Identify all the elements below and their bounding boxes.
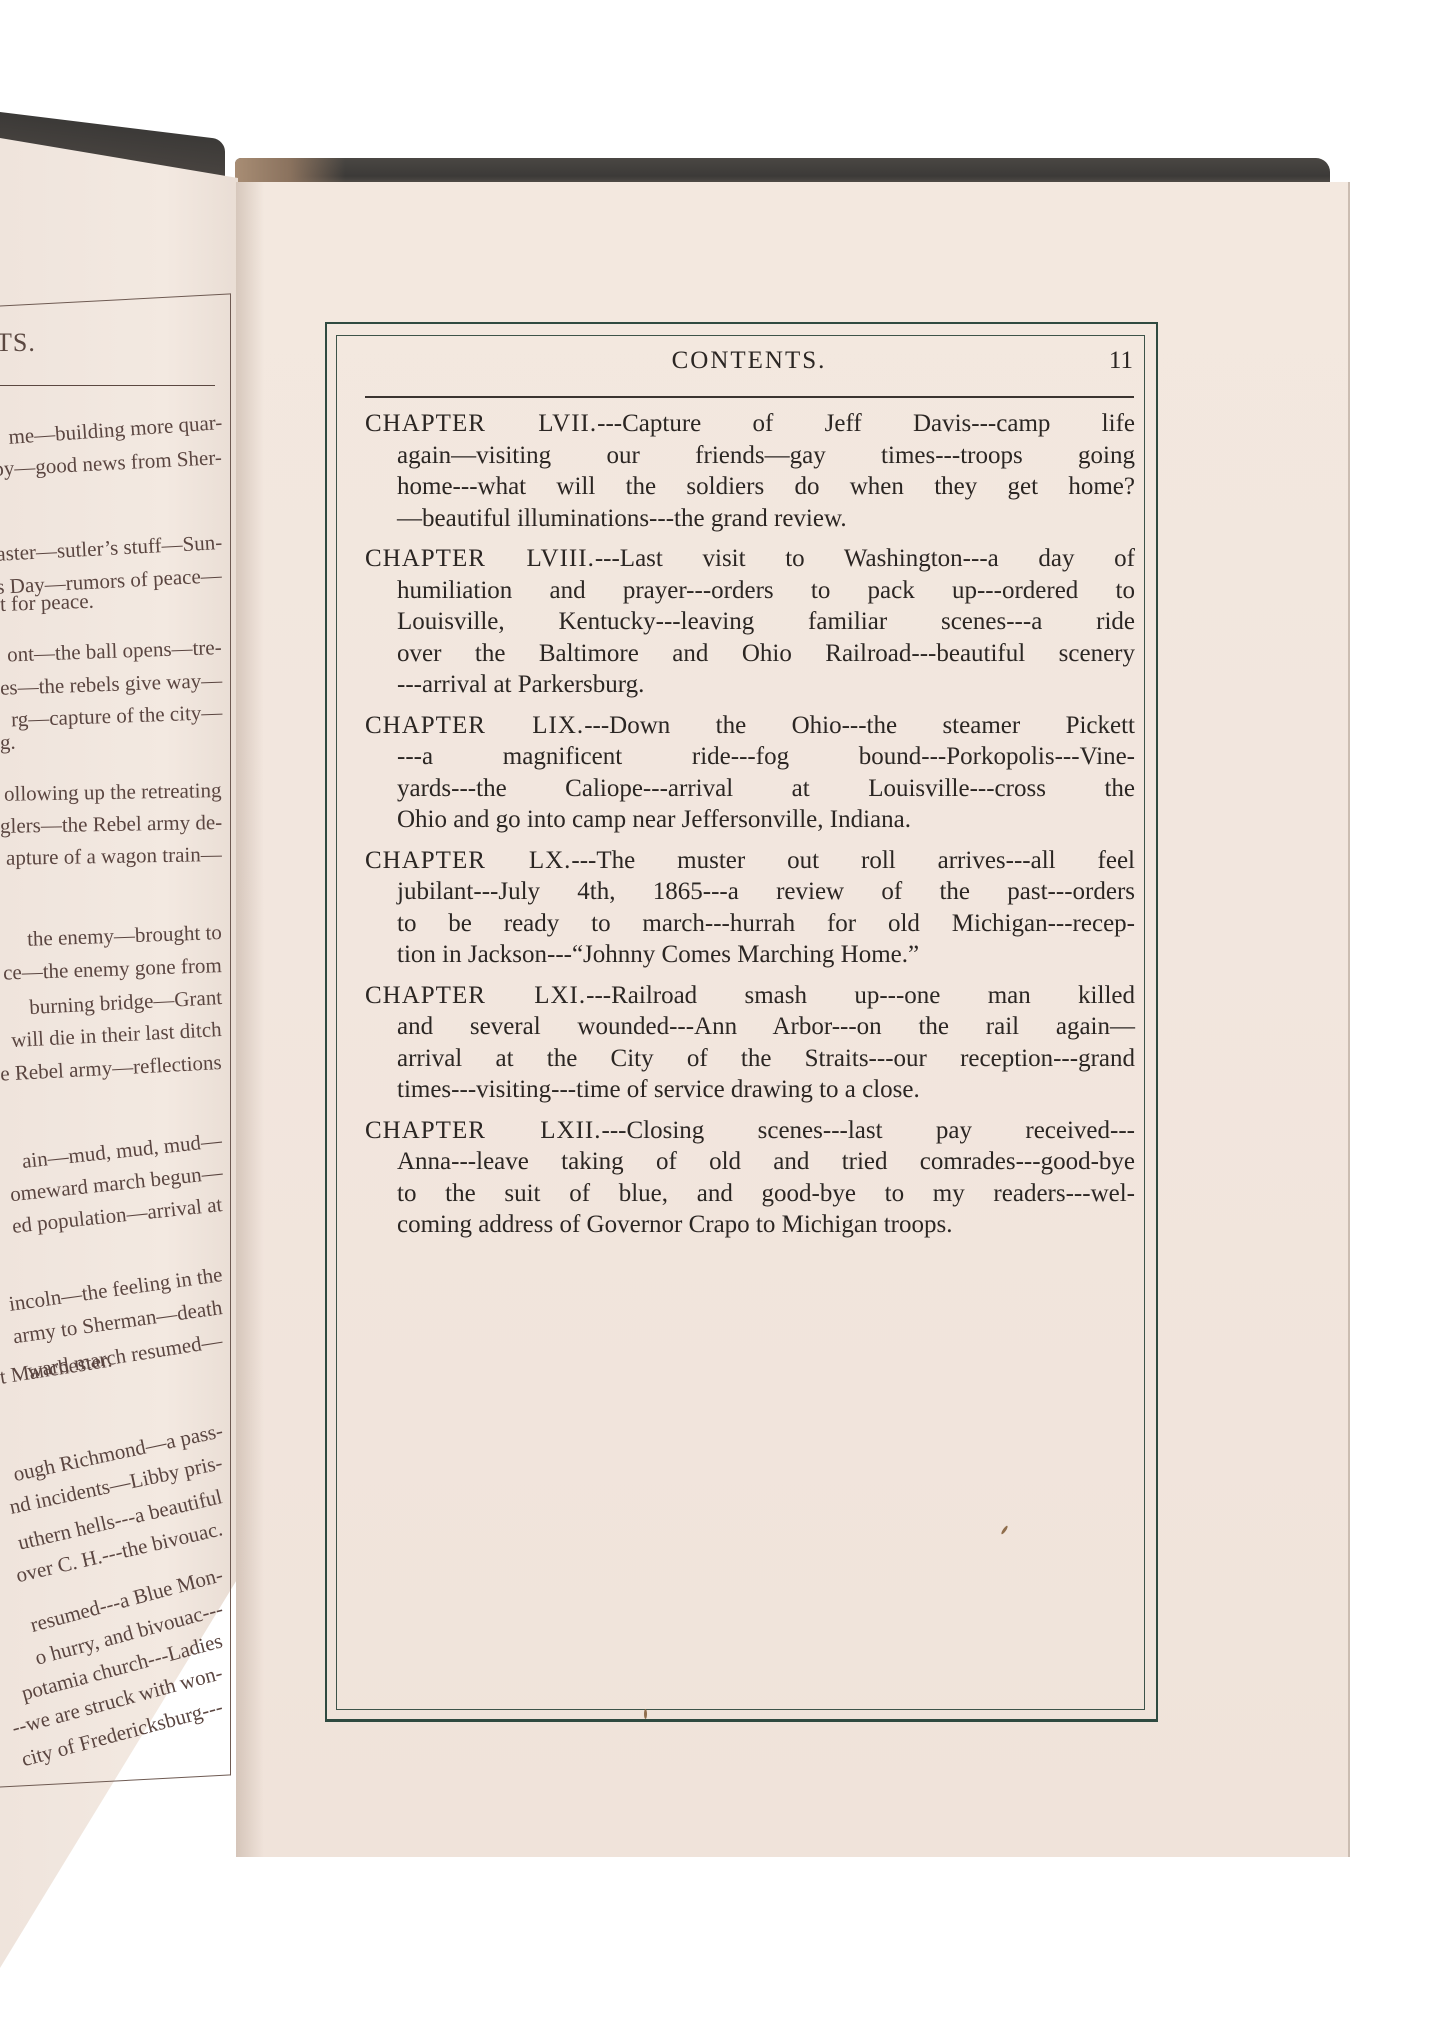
toc-entry: CHAPTER LXI.---Railroad smash up---one m… (365, 980, 1135, 1106)
toc-line: to the suit of blue, and good-bye to my … (365, 1178, 1135, 1210)
toc-line: ---a magnificent ride---fog bound---Pork… (365, 741, 1135, 773)
chapter-label: CHAPTER LXI. (365, 982, 586, 1009)
toc-line: Louisville, Kentucky---leaving familiar … (365, 606, 1135, 638)
chapter-summary-text: ---arrival at Parkersburg. (397, 671, 644, 698)
toc-line: again—visiting our friends—gay times---t… (365, 440, 1135, 472)
chapter-label: CHAPTER LX. (365, 847, 571, 874)
left-running-head: TS. (0, 328, 36, 358)
chapter-summary-text: arrival at the City of the Straits---our… (397, 1045, 1135, 1072)
chapter-summary-text: coming address of Governor Crapo to Mich… (397, 1211, 952, 1238)
left-head-rule (0, 385, 215, 386)
book-cover-right-edge (235, 158, 1330, 184)
chapter-summary-text: Ohio and go into camp near Jeffersonvill… (397, 806, 911, 833)
chapter-label: CHAPTER LIX. (365, 712, 584, 739)
toc-line: Ohio and go into camp near Jeffersonvill… (365, 804, 1135, 836)
chapter-summary-text: over the Baltimore and Ohio Railroad---b… (397, 640, 1135, 667)
paper-foxing-spot (644, 1709, 647, 1719)
chapter-summary-text: tion in Jackson---“Johnny Comes Marching… (397, 941, 919, 968)
toc-entry: CHAPTER LX.---The muster out roll arrive… (365, 845, 1135, 971)
chapter-label: CHAPTER LVII. (365, 410, 597, 437)
toc-line: CHAPTER LXII.---Closing scenes---last pa… (365, 1115, 1135, 1147)
chapter-label: CHAPTER LVIII. (365, 545, 595, 572)
chapter-summary-text: home---what will the soldiers do when th… (397, 473, 1135, 500)
chapter-summary-text: to be ready to march---hurrah for old Mi… (397, 910, 1135, 937)
chapter-summary-text: Louisville, Kentucky---leaving familiar … (397, 608, 1135, 635)
chapter-summary-text: ---a magnificent ride---fog bound---Pork… (397, 743, 1135, 770)
left-page-line: g. (0, 730, 16, 755)
table-of-contents: CHAPTER LVII.---Capture of Jeff Davis---… (365, 408, 1135, 1250)
running-head: CONTENTS. 11 (365, 347, 1133, 387)
toc-line: CHAPTER LVII.---Capture of Jeff Davis---… (365, 408, 1135, 440)
toc-line: CHAPTER LX.---The muster out roll arrive… (365, 845, 1135, 877)
chapter-summary-text: to the suit of blue, and good-bye to my … (397, 1180, 1135, 1207)
toc-line: and several wounded---Ann Arbor---on the… (365, 1011, 1135, 1043)
toc-line: —beautiful illuminations---the grand rev… (365, 503, 1135, 535)
running-head-title: CONTENTS. (365, 347, 1133, 375)
worn-cover-corner (235, 158, 345, 184)
toc-line: Anna---leave taking of old and tried com… (365, 1146, 1135, 1178)
gutter-shadow (236, 182, 264, 1857)
toc-entry: CHAPTER LXII.---Closing scenes---last pa… (365, 1115, 1135, 1241)
toc-entry: CHAPTER LVIII.---Last visit to Washingto… (365, 543, 1135, 701)
chapter-summary-text: times---visiting---time of service drawi… (397, 1076, 920, 1103)
toc-line: jubilant---July 4th, 1865---a review of … (365, 876, 1135, 908)
chapter-summary-text: ---The muster out roll arrives---all fee… (571, 847, 1135, 874)
toc-line: CHAPTER LXI.---Railroad smash up---one m… (365, 980, 1135, 1012)
chapter-summary-text: jubilant---July 4th, 1865---a review of … (397, 878, 1135, 905)
left-page-line: ollowing up the retreating (4, 778, 222, 807)
toc-line: tion in Jackson---“Johnny Comes Marching… (365, 939, 1135, 971)
chapter-summary-text: Anna---leave taking of old and tried com… (397, 1148, 1135, 1175)
toc-line: humiliation and prayer---orders to pack … (365, 575, 1135, 607)
toc-line: over the Baltimore and Ohio Railroad---b… (365, 638, 1135, 670)
toc-line: coming address of Governor Crapo to Mich… (365, 1209, 1135, 1241)
left-page-line: apture of a wagon train— (6, 842, 222, 871)
chapter-summary-text: ---Capture of Jeff Davis---camp life (597, 410, 1135, 437)
chapter-summary-text: ---Railroad smash up---one man killed (586, 982, 1135, 1009)
chapter-summary-text: ---Last visit to Washington---a day of (595, 545, 1135, 572)
toc-line: home---what will the soldiers do when th… (365, 471, 1135, 503)
chapter-summary-text: ---Down the Ohio---the steamer Pickett (584, 712, 1135, 739)
toc-entry: CHAPTER LVII.---Capture of Jeff Davis---… (365, 408, 1135, 534)
chapter-summary-text: ---Closing scenes---last pay received--- (602, 1117, 1136, 1144)
toc-line: to be ready to march---hurrah for old Mi… (365, 908, 1135, 940)
toc-entry: CHAPTER LIX.---Down the Ohio---the steam… (365, 710, 1135, 836)
left-page-line: t for peace. (0, 589, 94, 617)
running-head-rule (365, 396, 1134, 398)
chapter-summary-text: again—visiting our friends—gay times---t… (397, 442, 1135, 469)
toc-line: times---visiting---time of service drawi… (365, 1074, 1135, 1106)
toc-line: CHAPTER LIX.---Down the Ohio---the steam… (365, 710, 1135, 742)
page-number: 11 (1109, 347, 1133, 375)
left-page-line: glers—the Rebel army de- (0, 810, 222, 839)
chapter-label: CHAPTER LXII. (365, 1117, 602, 1144)
chapter-summary-text: —beautiful illuminations---the grand rev… (397, 505, 847, 532)
toc-line: yards---the Caliope---arrival at Louisvi… (365, 773, 1135, 805)
toc-line: arrival at the City of the Straits---our… (365, 1043, 1135, 1075)
chapter-summary-text: and several wounded---Ann Arbor---on the… (397, 1013, 1135, 1040)
chapter-summary-text: humiliation and prayer---orders to pack … (397, 577, 1135, 604)
chapter-summary-text: yards---the Caliope---arrival at Louisvi… (397, 775, 1135, 802)
toc-line: CHAPTER LVIII.---Last visit to Washingto… (365, 543, 1135, 575)
toc-line: ---arrival at Parkersburg. (365, 669, 1135, 701)
